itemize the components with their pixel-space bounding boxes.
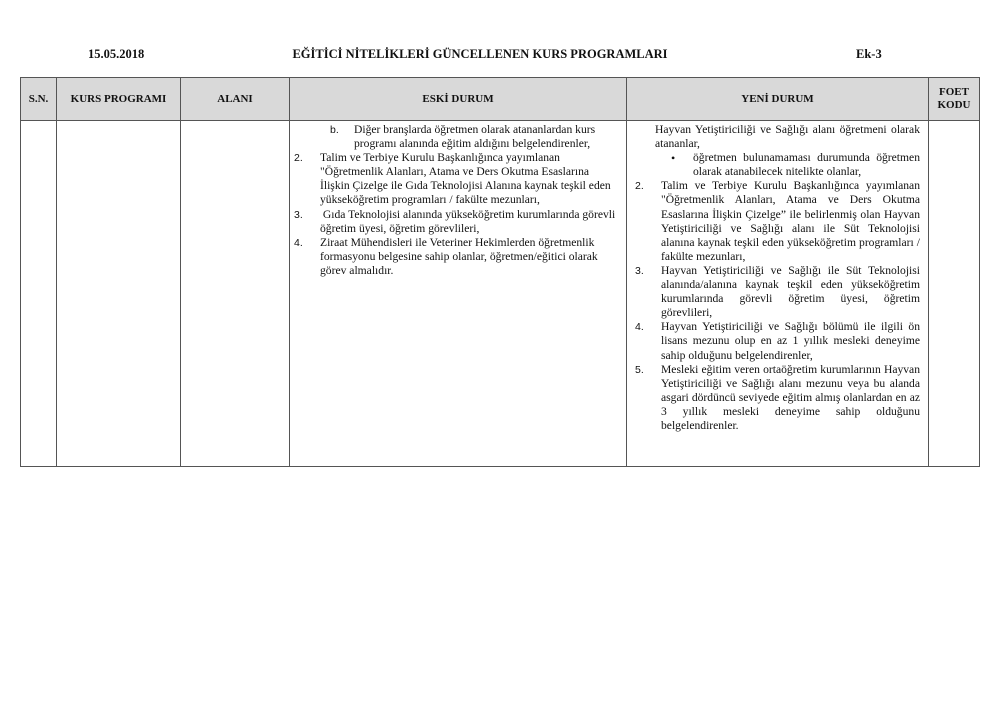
course-programs-table: S.N. KURS PROGRAMI ALANI ESKİ DURUM YENİ… — [20, 77, 980, 467]
list-item-text: Talim ve Terbiye Kurulu Başkanlığınca ya… — [320, 151, 611, 206]
eski-durum-list: 2. Talim ve Terbiye Kurulu Başkanlığınca… — [294, 151, 620, 278]
list-item-marker: 5. — [635, 363, 657, 377]
list-item-marker: 2. — [635, 179, 657, 193]
column-header-yeni-durum: YENİ DURUM — [627, 78, 929, 121]
bullet-text: öğretmen bulunamaması durumunda öğretmen… — [693, 151, 920, 178]
cell-foet-kodu — [929, 121, 980, 467]
cell-kurs-programi — [57, 121, 181, 467]
list-item-text: Hayvan Yetiştiriciliği ve Sağlığı bölümü… — [661, 320, 920, 361]
column-header-foet-kodu: FOET KODU — [929, 78, 980, 121]
cell-sn — [21, 121, 57, 467]
yeni-intro-text: Hayvan Yetiştiriciliği ve Sağlığı alanı … — [635, 123, 920, 151]
yeni-durum-list: 2. Talim ve Terbiye Kurulu Başkanlığınca… — [635, 179, 920, 433]
list-item-marker: 3. — [635, 264, 657, 278]
page-header: 15.05.2018 EĞİTİCİ NİTELİKLERİ GÜNCELLEN… — [0, 47, 1000, 67]
list-item-text: Mesleki eğitim veren ortaöğretim kurumla… — [661, 363, 920, 432]
list-item-marker: 4. — [294, 236, 316, 250]
annex-label: Ek-3 — [856, 47, 882, 62]
list-item: 4. Ziraat Mühendisleri ile Veteriner Hek… — [294, 236, 620, 278]
list-item: 3. Hayvan Yetiştiriciliği ve Sağlığı ile… — [635, 264, 920, 320]
column-header-eski-durum: ESKİ DURUM — [290, 78, 627, 121]
list-item-text: Hayvan Yetiştiriciliği ve Sağlığı ile Sü… — [661, 264, 920, 319]
eski-sub-item-b: b. Diğer branşlarda öğretmen olarak atan… — [294, 123, 620, 151]
column-header-alani: ALANI — [181, 78, 290, 121]
list-item: 2. Talim ve Terbiye Kurulu Başkanlığınca… — [294, 151, 620, 207]
list-item: 5. Mesleki eğitim veren ortaöğretim kuru… — [635, 363, 920, 433]
list-item-marker: 3. — [294, 208, 316, 222]
list-item-text: Gıda Teknolojisi alanında yükseköğretim … — [320, 208, 618, 235]
list-item: 3. Gıda Teknolojisi alanında yükseköğret… — [294, 208, 620, 236]
bullet-icon: • — [671, 151, 675, 165]
cell-yeni-durum: Hayvan Yetiştiriciliği ve Sağlığı alanı … — [627, 121, 929, 467]
cell-alani — [181, 121, 290, 467]
list-item: 4. Hayvan Yetiştiriciliği ve Sağlığı böl… — [635, 320, 920, 362]
list-item: 2. Talim ve Terbiye Kurulu Başkanlığınca… — [635, 179, 920, 264]
cell-eski-durum: b. Diğer branşlarda öğretmen olarak atan… — [290, 121, 627, 467]
table-row: b. Diğer branşlarda öğretmen olarak atan… — [21, 121, 980, 467]
list-item-marker: 2. — [294, 151, 316, 165]
column-header-sn: S.N. — [21, 78, 57, 121]
list-item-text: Talim ve Terbiye Kurulu Başkanlığınca ya… — [661, 179, 920, 262]
document-title: EĞİTİCİ NİTELİKLERİ GÜNCELLENEN KURS PRO… — [0, 47, 960, 62]
sub-item-text: Diğer branşlarda öğretmen olarak atananl… — [354, 123, 595, 150]
sub-item-marker: b. — [330, 123, 339, 137]
list-item-marker: 4. — [635, 320, 657, 334]
yeni-bullet-item: • öğretmen bulunamaması durumunda öğretm… — [635, 151, 920, 179]
column-header-kurs-programi: KURS PROGRAMI — [57, 78, 181, 121]
table-header-row: S.N. KURS PROGRAMI ALANI ESKİ DURUM YENİ… — [21, 78, 980, 121]
list-item-text: Ziraat Mühendisleri ile Veteriner Hekiml… — [320, 236, 598, 277]
